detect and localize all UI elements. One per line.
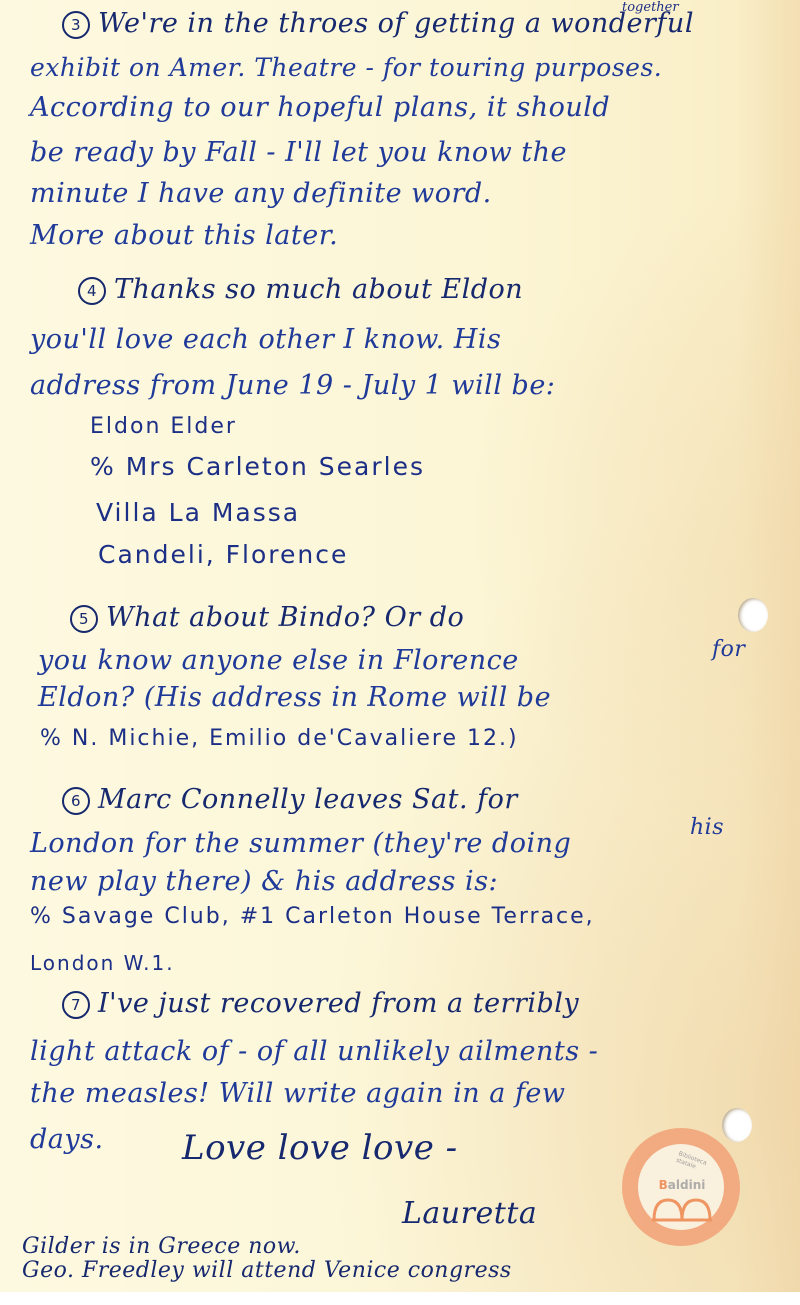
postscript-line-2: Geo. Freedley will attend Venice congres… [22, 1258, 512, 1284]
address-name: Eldon Elder [90, 412, 237, 442]
paragraph-4-line-3: address from June 19 - July 1 will be: [30, 370, 555, 402]
paragraph-6-line-4: % Savage Club, #1 Carleton House Terrace… [30, 902, 595, 932]
paragraph-3-line-3: According to our hopeful plans, it shoul… [30, 92, 610, 124]
paragraph-7-line-3: the measles! Will write again in a few [30, 1078, 566, 1110]
stamp-inner-circle: Biblioteca statale Baldini [638, 1144, 724, 1230]
paragraph-5-line-2: you know anyone else in Florence [38, 645, 519, 677]
paragraph-4-line-2: you'll love each other I know. His [30, 324, 501, 356]
address-city: Candeli, Florence [98, 540, 348, 570]
paragraph-5-line-1: 5What about Bindo? Or do [70, 602, 464, 634]
postscript-line-1: Gilder is in Greece now. [22, 1234, 301, 1260]
paragraph-number-6: 6 [62, 787, 90, 815]
paragraph-7-line-2: light attack of - of all unlikely ailmen… [30, 1036, 598, 1068]
punch-hole-upper [738, 598, 768, 632]
open-book-icon [652, 1196, 712, 1222]
paragraph-4-line-1: 4Thanks so much about Eldon [78, 274, 523, 306]
margin-note-his: his [690, 812, 724, 844]
punch-hole-lower [722, 1108, 752, 1142]
paragraph-number-3: 3 [62, 11, 90, 39]
paragraph-6-line-1: 6Marc Connelly leaves Sat. for [62, 784, 518, 816]
letter-page: 3We're in the throes of getting a wonder… [0, 0, 800, 1292]
paragraph-5-line-3: Eldon? (His address in Rome will be [38, 682, 551, 714]
stamp-name-rest: aldini [668, 1178, 706, 1192]
paragraph-3-line-4: be ready by Fall - I'll let you know the [30, 137, 567, 169]
paragraph-7-line-1: 7I've just recovered from a terribly [62, 988, 579, 1020]
paragraph-3-line-1: 3We're in the throes of getting a wonder… [62, 8, 694, 40]
paragraph-number-7: 7 [62, 991, 90, 1019]
stamp-name: Baldini [656, 1178, 708, 1192]
insertion-above-line: together [622, 0, 679, 15]
paragraph-6-line-5: London W.1. [30, 948, 175, 978]
paragraph-3-line-5: minute I have any definite word. [30, 178, 492, 210]
margin-note-for: for [712, 634, 745, 666]
stamp-small-text: Biblioteca statale [675, 1150, 725, 1180]
paragraph-number-4: 4 [78, 277, 106, 305]
address-villa: Villa La Massa [96, 498, 300, 528]
paragraph-5-line-4: % N. Michie, Emilio de'Cavaliere 12.) [40, 724, 519, 754]
closing-text: Love love love - [182, 1128, 458, 1168]
signature: Lauretta [402, 1196, 537, 1232]
paragraph-7-line-4: days. [30, 1124, 104, 1156]
paragraph-3-line-2: exhibit on Amer. Theatre - for touring p… [30, 52, 662, 84]
library-stamp: Biblioteca statale Baldini [622, 1128, 740, 1246]
address-care-of: % Mrs Carleton Searles [90, 452, 425, 482]
paragraph-3-line-6: More about this later. [30, 220, 338, 252]
paragraph-number-5: 5 [70, 605, 98, 633]
paragraph-6-line-3: new play there) & his address is: [30, 866, 498, 898]
paragraph-6-line-2: London for the summer (they're doing [30, 828, 571, 860]
